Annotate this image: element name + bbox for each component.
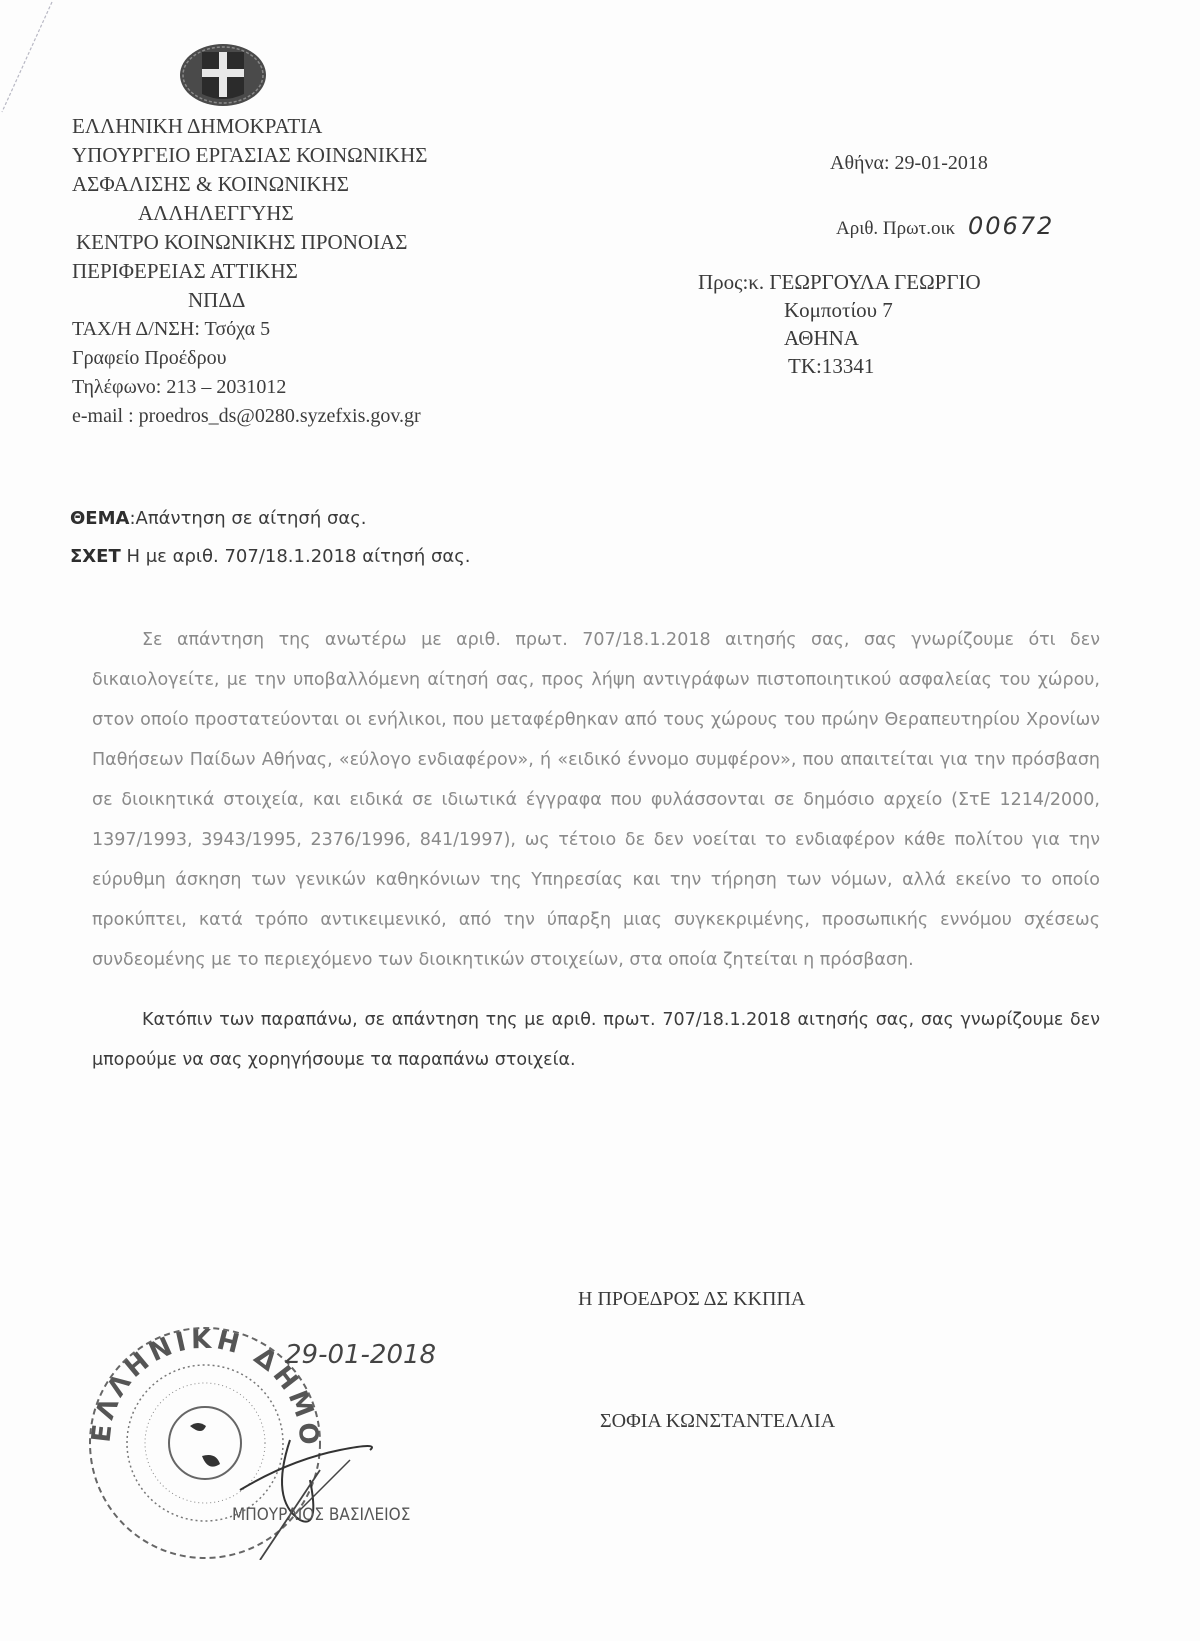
recipient-name: Προς:κ. ΓΕΩΡΓΟΥΛΑ ΓΕΩΡΓΙΟ: [698, 268, 981, 296]
ministry-line-2: ΑΣΦΑΛΙΣΗΣ & ΚΟΙΝΩΝΙΚΗΣ: [72, 170, 532, 199]
ministry-line-1: ΥΠΟΥΡΓΕΙΟ ΕΡΓΑΣΙΑΣ ΚΟΙΝΩΝΙΚΗΣ: [72, 141, 532, 170]
letter-body: Σε απάντηση της ανωτέρω με αριθ. πρωτ. 7…: [92, 620, 1100, 1080]
subject-text: :Απάντηση σε αίτησή σας.: [129, 508, 366, 529]
stamp-date: 29-01-2018: [285, 1340, 436, 1370]
stamp-officer-name: ΜΠΟΥΡΛΙΟΣ ΒΑΣΙΛΕΙΟΣ: [232, 1505, 410, 1525]
phone-number: Τηλέφωνο: 213 – 2031012: [72, 373, 532, 402]
postal-address: ΤΑΧ/Η Δ/ΝΣΗ: Τσόχα 5: [72, 315, 532, 344]
subject-line: ΘΕΜΑ:Απάντηση σε αίτησή σας.: [70, 500, 471, 538]
subject-block: ΘΕΜΑ:Απάντηση σε αίτησή σας. ΣΧΕΤ Η με α…: [70, 500, 471, 576]
country-name: ΕΛΛΗΝΙΚΗ ΔΗΜΟΚΡΑΤΙΑ: [72, 112, 532, 141]
protocol-number-line: Αριθ. Πρωτ.οικ 00672: [836, 212, 1054, 240]
protocol-label: Αριθ. Πρωτ.οικ: [836, 218, 955, 239]
letter-date: Αθήνα: 29-01-2018: [830, 152, 988, 175]
recipient-postcode: ΤΚ:13341: [698, 352, 981, 380]
recipient-street: Κομποτίου 7: [698, 296, 981, 324]
greek-coat-of-arms-icon: [178, 42, 268, 108]
body-paragraph-2: Κατόπιν των παραπάνω, σε απάντηση της με…: [92, 1000, 1100, 1080]
reference-line: ΣΧΕΤ Η με αριθ. 707/18.1.2018 αίτησή σας…: [70, 538, 471, 576]
office-name: Γραφείο Προέδρου: [72, 344, 532, 373]
body-paragraph-1: Σε απάντηση της ανωτέρω με αριθ. πρωτ. 7…: [92, 620, 1100, 980]
reference-label: ΣΧΕΤ: [70, 546, 121, 567]
scan-artifact-line: [0, 0, 80, 120]
protocol-number: 00672: [968, 212, 1054, 240]
reference-text: Η με αριθ. 707/18.1.2018 αίτησή σας.: [121, 546, 471, 567]
ministry-line-3: ΑΛΛΗΛΕΓΓΥΗΣ: [72, 199, 532, 228]
recipient-block: Προς:κ. ΓΕΩΡΓΟΥΛΑ ΓΕΩΡΓΙΟ Κομποτίου 7 ΑΘ…: [698, 268, 981, 380]
sender-letterhead: ΕΛΛΗΝΙΚΗ ΔΗΜΟΚΡΑΤΙΑ ΥΠΟΥΡΓΕΙΟ ΕΡΓΑΣΙΑΣ Κ…: [72, 112, 532, 431]
signatory-title: Η ΠΡΟΕΔΡΟΣ ΔΣ ΚΚΠΠΑ: [578, 1288, 805, 1311]
handwritten-signature-icon: [230, 1420, 390, 1560]
signatory-name: ΣΟΦΙΑ ΚΩΝΣΤΑΝΤΕΛΛΙΑ: [600, 1410, 835, 1433]
letter-page: ΕΛΛΗΝΙΚΗ ΔΗΜΟΚΡΑΤΙΑ ΥΠΟΥΡΓΕΙΟ ΕΡΓΑΣΙΑΣ Κ…: [0, 0, 1200, 1641]
recipient-city: ΑΘΗΝΑ: [698, 324, 981, 352]
email-address: e-mail : proedros_ds@0280.syzefxis.gov.g…: [72, 402, 532, 431]
center-line-3: ΝΠΔΔ: [72, 286, 532, 315]
subject-label: ΘΕΜΑ: [70, 508, 129, 529]
center-line-2: ΠΕΡΙΦΕΡΕΙΑΣ ΑΤΤΙΚΗΣ: [72, 257, 532, 286]
center-line-1: ΚΕΝΤΡΟ ΚΟΙΝΩΝΙΚΗΣ ΠΡΟΝΟΙΑΣ: [72, 228, 532, 257]
